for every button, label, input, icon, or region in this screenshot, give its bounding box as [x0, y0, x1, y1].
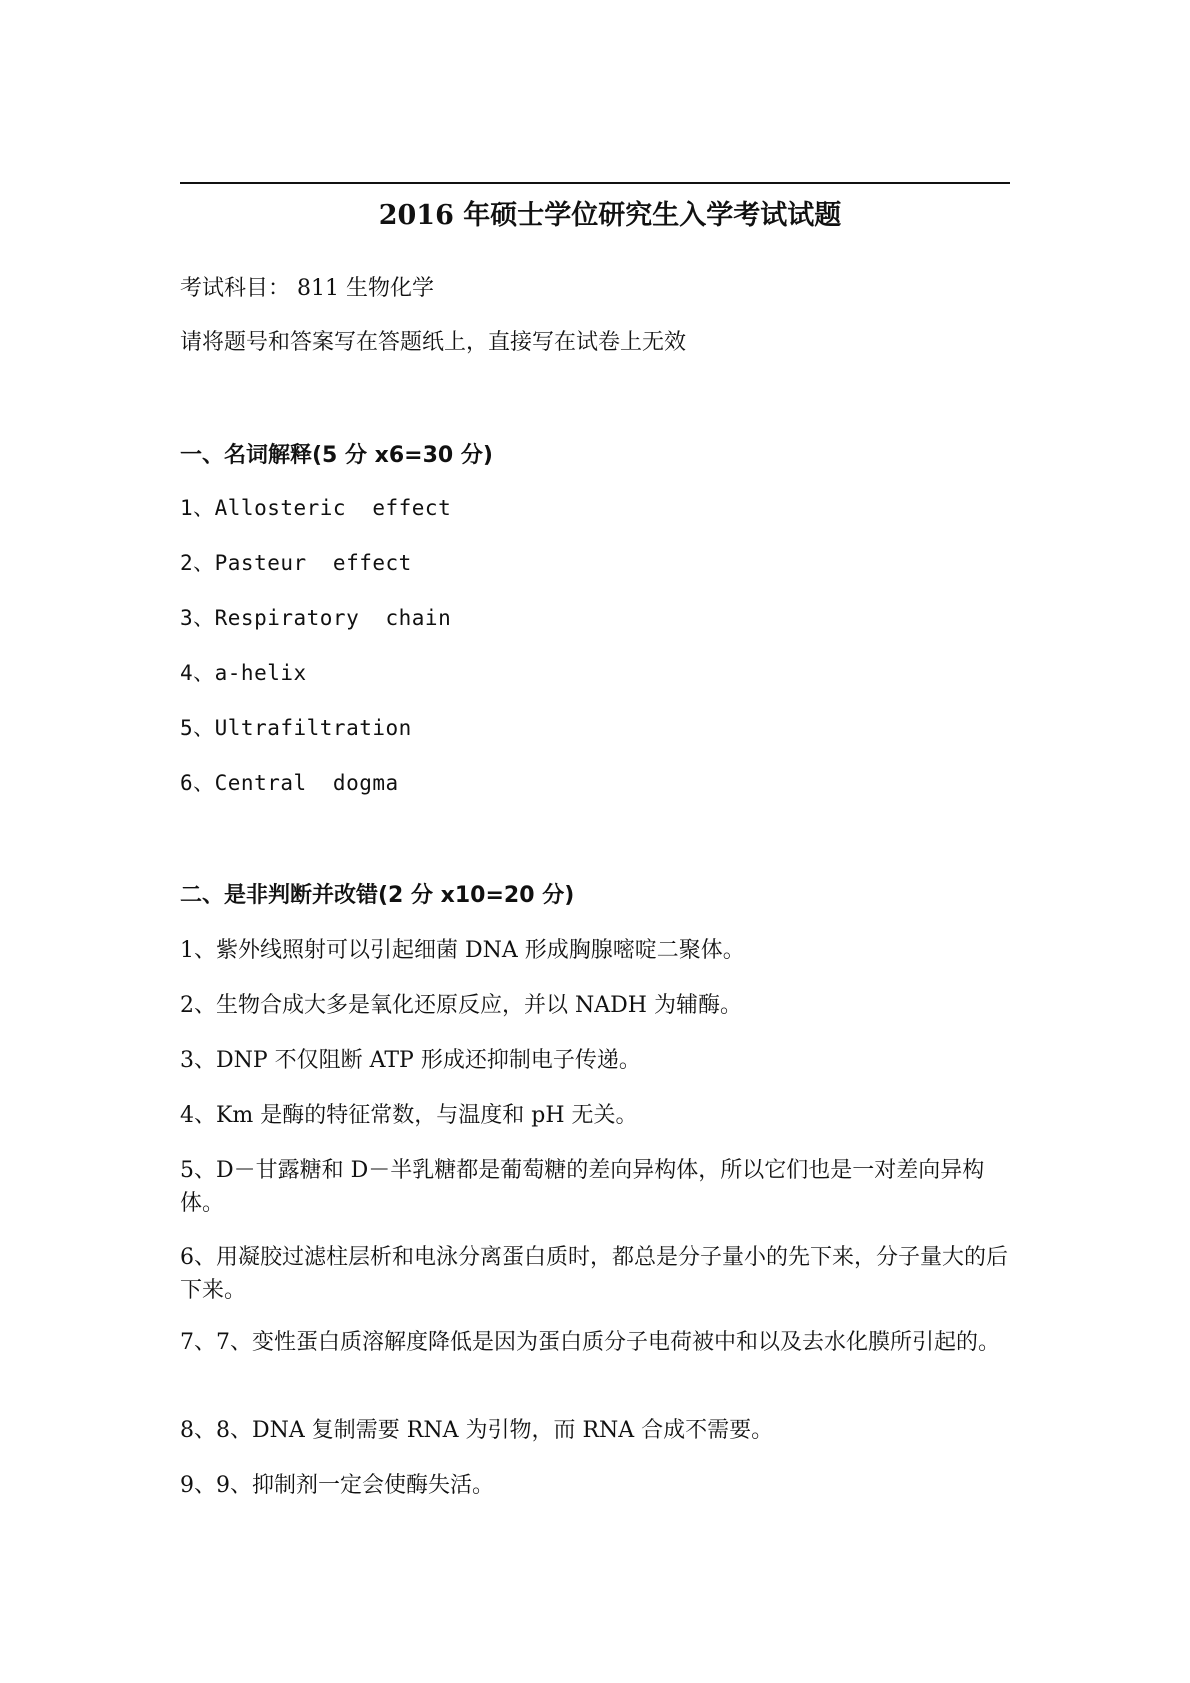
- section-2-item: 3、DNP 不仅阻断 ATP 形成还抑制电子传递。: [180, 1044, 1010, 1077]
- section-1-item: 4、a-helix: [180, 657, 1010, 690]
- section-2-heading: 二、是非判断并改错(2 分 x10=20 分): [180, 879, 1010, 912]
- section-2-item: 6、用凝胶过滤柱层析和电泳分离蛋白质时，都总是分子量小的先下来，分子量大的后下来…: [180, 1241, 1010, 1307]
- section-1-item: 5、Ultrafiltration: [180, 712, 1010, 745]
- section-2-item: 8、8、DNA 复制需要 RNA 为引物，而 RNA 合成不需要。: [180, 1414, 1010, 1447]
- section-2-item: 9、9、抑制剂一定会使酶失活。: [180, 1469, 1010, 1502]
- section-2-item: 4、Km 是酶的特征常数，与温度和 pH 无关。: [180, 1099, 1010, 1132]
- exam-subject: 考试科目： 811 生物化学: [180, 272, 1010, 305]
- exam-title: 2016 年硕士学位研究生入学考试试题: [180, 198, 1010, 234]
- section-1-item: 6、Central dogma: [180, 767, 1010, 800]
- section-2-item: 1、紫外线照射可以引起细菌 DNA 形成胸腺嘧啶二聚体。: [180, 934, 1010, 967]
- header-rule: [180, 182, 1010, 184]
- section-2-item: 2、生物合成大多是氧化还原反应，并以 NADH 为辅酶。: [180, 989, 1010, 1022]
- section-2-item: 7、7、变性蛋白质溶解度降低是因为蛋白质分子电荷被中和以及去水化膜所引起的。: [180, 1326, 1010, 1359]
- section-2-item: 5、D－甘露糖和 D－半乳糖都是葡萄糖的差向异构体，所以它们也是一对差向异构体。: [180, 1154, 1010, 1220]
- section-1-item: 3、Respiratory chain: [180, 602, 1010, 635]
- exam-instruction: 请将题号和答案写在答题纸上，直接写在试卷上无效: [180, 326, 1010, 359]
- section-1-item: 1、Allosteric effect: [180, 492, 1010, 525]
- section-1-heading: 一、名词解释(5 分 x6=30 分): [180, 439, 1010, 472]
- section-1-item: 2、Pasteur effect: [180, 547, 1010, 580]
